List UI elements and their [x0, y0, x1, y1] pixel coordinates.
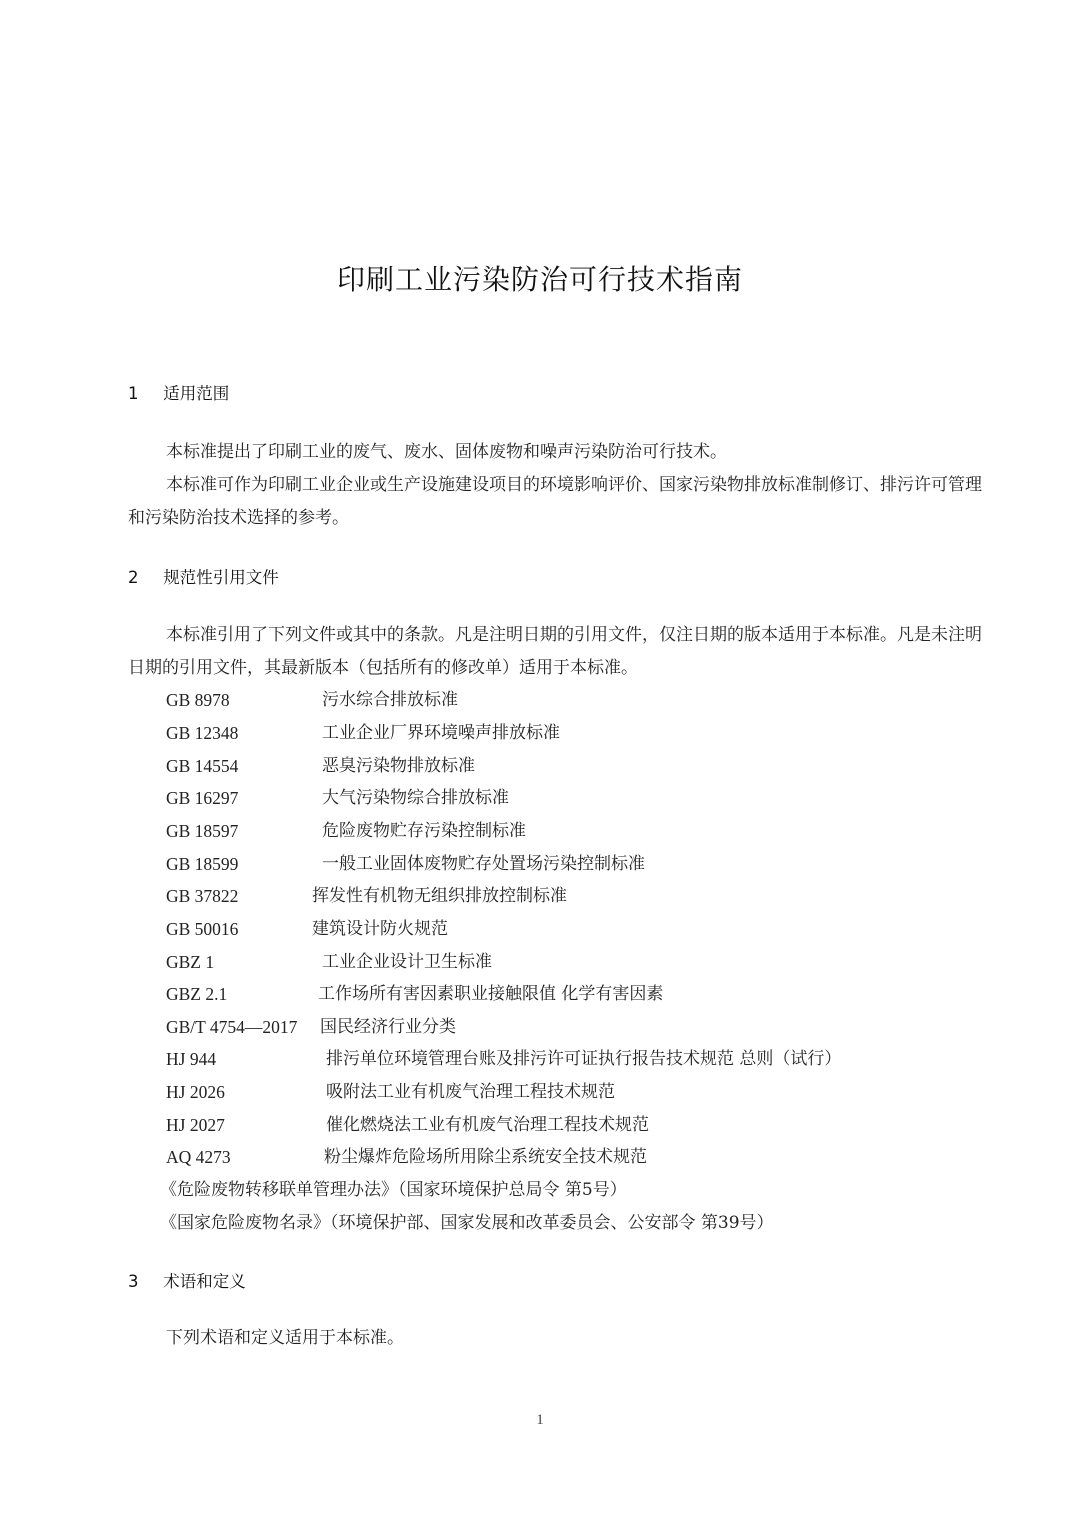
- reference-item: GB 14554 恶臭污染物排放标准: [166, 750, 238, 783]
- reference-code: GB/T 4754—2017: [166, 1011, 297, 1044]
- reference-title: 污水综合排放标准: [322, 684, 458, 717]
- reference-title: 一般工业固体废物贮存处置场污染控制标准: [322, 848, 645, 881]
- page-number: 1: [0, 1412, 1080, 1429]
- section-number: 1: [128, 384, 158, 403]
- reference-item: HJ 944 排污单位环境管理台账及排污许可证执行报告技术规范 总则（试行）: [166, 1043, 216, 1076]
- reference-title: 建筑设计防火规范: [312, 913, 448, 946]
- reference-code: GB 14554: [166, 750, 238, 783]
- reference-title: 吸附法工业有机废气治理工程技术规范: [326, 1076, 615, 1109]
- reference-code: GB 37822: [166, 880, 238, 913]
- reference-code: GB 12348: [166, 717, 238, 750]
- reference-code: HJ 2026: [166, 1076, 225, 1109]
- reference-title: 危险废物贮存污染控制标准: [322, 815, 526, 848]
- reference-code: GB 8978: [166, 684, 230, 717]
- reference-code: GBZ 1: [166, 946, 214, 979]
- section-heading-1: 1 适用范围: [128, 380, 229, 404]
- reference-item: GBZ 2.1 工作场所有害因素职业接触限值 化学有害因素: [166, 978, 227, 1011]
- section-title: 术语和定义: [163, 1272, 246, 1291]
- reference-item: GB 37822 挥发性有机物无组织排放控制标准: [166, 880, 238, 913]
- reference-item: GB 50016 建筑设计防火规范: [166, 913, 238, 946]
- reference-title: 国民经济行业分类: [320, 1011, 456, 1044]
- reference-title: 粉尘爆炸危险场所用除尘系统安全技术规范: [324, 1141, 647, 1174]
- reference-title: 工作场所有害因素职业接触限值 化学有害因素: [318, 978, 663, 1011]
- reference-code: AQ 4273: [166, 1141, 231, 1174]
- section-number: 2: [128, 568, 158, 587]
- reference-item: GB 16297 大气污染物综合排放标准: [166, 782, 238, 815]
- reference-code: GB 16297: [166, 782, 238, 815]
- reference-code: GB 50016: [166, 913, 238, 946]
- section-heading-2: 2 规范性引用文件: [128, 564, 279, 588]
- reference-item: GBZ 1 工业企业设计卫生标准: [166, 946, 214, 979]
- paragraph: 本标准可作为印刷工业企业或生产设施建设项目的环境影响评价、国家污染物排放标准制修…: [128, 469, 988, 535]
- reference-item: GB 8978 污水综合排放标准: [166, 684, 230, 717]
- reference-code: HJ 944: [166, 1043, 216, 1076]
- reference-item: HJ 2027 催化燃烧法工业有机废气治理工程技术规范: [166, 1109, 225, 1142]
- reference-item: GB 18599 一般工业固体废物贮存处置场污染控制标准: [166, 848, 238, 881]
- section-number: 3: [128, 1272, 158, 1291]
- reference-item: GB 12348 工业企业厂界环境噪声排放标准: [166, 717, 238, 750]
- reference-title: 工业企业厂界环境噪声排放标准: [322, 717, 560, 750]
- reference-item: GB 18597 危险废物贮存污染控制标准: [166, 815, 238, 848]
- paragraph: 本标准提出了印刷工业的废气、废水、固体废物和噪声污染防治可行技术。: [128, 436, 988, 469]
- reference-code: HJ 2027: [166, 1109, 225, 1142]
- section-title: 规范性引用文件: [163, 568, 279, 587]
- section-heading-3: 3 术语和定义: [128, 1268, 246, 1292]
- paragraph: 下列术语和定义适用于本标准。: [128, 1322, 988, 1355]
- reference-item: AQ 4273 粉尘爆炸危险场所用除尘系统安全技术规范: [166, 1141, 231, 1174]
- reference-title: 大气污染物综合排放标准: [322, 782, 509, 815]
- reference-item: GB/T 4754—2017 国民经济行业分类: [166, 1011, 297, 1044]
- cited-document: 《国家危险废物名录》（环境保护部、国家发展和改革委员会、公安部令 第39号）: [160, 1207, 774, 1240]
- reference-title: 催化燃烧法工业有机废气治理工程技术规范: [326, 1109, 649, 1142]
- reference-title: 排污单位环境管理台账及排污许可证执行报告技术规范 总则（试行）: [326, 1043, 841, 1076]
- reference-title: 工业企业设计卫生标准: [322, 946, 492, 979]
- section-title: 适用范围: [163, 384, 229, 403]
- reference-code: GB 18599: [166, 848, 238, 881]
- reference-code: GBZ 2.1: [166, 978, 227, 1011]
- reference-title: 恶臭污染物排放标准: [322, 750, 475, 783]
- document-title: 印刷工业污染防治可行技术指南: [0, 258, 1080, 298]
- cited-document: 《危险废物转移联单管理办法》（国家环境保护总局令 第5号）: [160, 1174, 627, 1207]
- reference-title: 挥发性有机物无组织排放控制标准: [312, 880, 567, 913]
- reference-code: GB 18597: [166, 815, 238, 848]
- paragraph: 本标准引用了下列文件或其中的条款。凡是注明日期的引用文件，仅注日期的版本适用于本…: [128, 619, 988, 685]
- reference-item: HJ 2026 吸附法工业有机废气治理工程技术规范: [166, 1076, 225, 1109]
